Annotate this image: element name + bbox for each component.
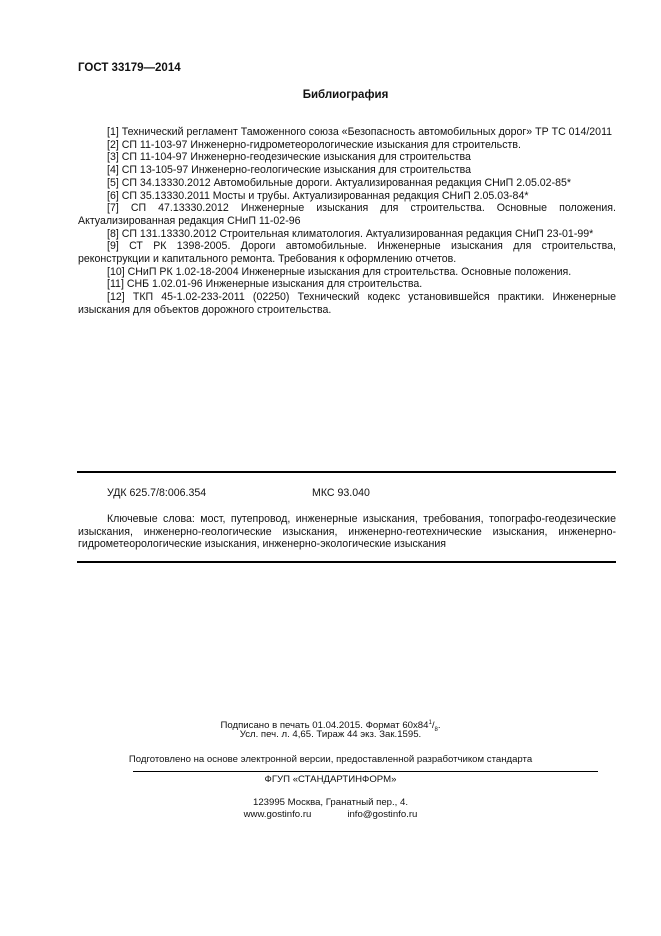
udc-code: УДК 625.7/8:006.354	[107, 487, 312, 499]
publisher-address: 123995 Москва, Гранатный пер., 4.	[0, 797, 661, 809]
bib-item: [4] СП 13-105-97 Инженерно-геологические…	[78, 164, 616, 177]
divider-publisher	[133, 771, 598, 772]
bib-item: [12] ТКП 45-1.02-233-2011 (02250) Технич…	[78, 291, 616, 316]
publisher-name: ФГУП «СТАНДАРТИНФОРМ»	[0, 774, 661, 786]
bib-item: [3] СП 11-104-97 Инженерно-геодезические…	[78, 151, 616, 164]
divider-top	[77, 471, 616, 473]
print-info: Усл. печ. л. 4,65. Тираж 44 экз. Зак.159…	[0, 729, 661, 741]
bib-item: [9] СТ РК 1398-2005. Дороги автомобильны…	[78, 240, 616, 265]
prepared-note: Подготовлено на основе электронной верси…	[0, 754, 661, 766]
classification-codes: УДК 625.7/8:006.354МКС 93.040	[107, 487, 370, 499]
fraction-num: 1	[428, 720, 431, 726]
bib-item: [2] СП 11-103-97 Инженерно-гидрометеорол…	[78, 139, 616, 152]
bibliography-list: [1] Технический регламент Таможенного со…	[78, 126, 616, 317]
bibliography-title: Библиография	[0, 89, 661, 101]
keywords: Ключевые слова: мост, путепровод, инжене…	[78, 513, 616, 551]
bib-item: [8] СП 131.13330.2012 Строительная клима…	[78, 228, 616, 241]
website-link[interactable]: www.gostinfo.ru	[244, 809, 312, 821]
mks-code: МКС 93.040	[312, 487, 370, 499]
bib-item: [11] СНБ 1.02.01-96 Инженерные изыскания…	[78, 278, 616, 291]
bib-item: [1] Технический регламент Таможенного со…	[78, 126, 616, 139]
email-link[interactable]: info@gostinfo.ru	[347, 809, 417, 821]
standard-id: ГОСТ 33179—2014	[78, 62, 181, 74]
bib-item: [6] СП 35.13330.2011 Мосты и трубы. Акту…	[78, 190, 616, 203]
bib-item: [10] СНиП РК 1.02-18-2004 Инженерные изы…	[78, 266, 616, 279]
divider-bottom	[77, 561, 616, 563]
bib-item: [7] СП 47.13330.2012 Инженерные изыскани…	[78, 202, 616, 227]
bib-item: [5] СП 34.13330.2012 Автомобильные дорог…	[78, 177, 616, 190]
publisher-links: www.gostinfo.ruinfo@gostinfo.ru	[0, 809, 661, 821]
